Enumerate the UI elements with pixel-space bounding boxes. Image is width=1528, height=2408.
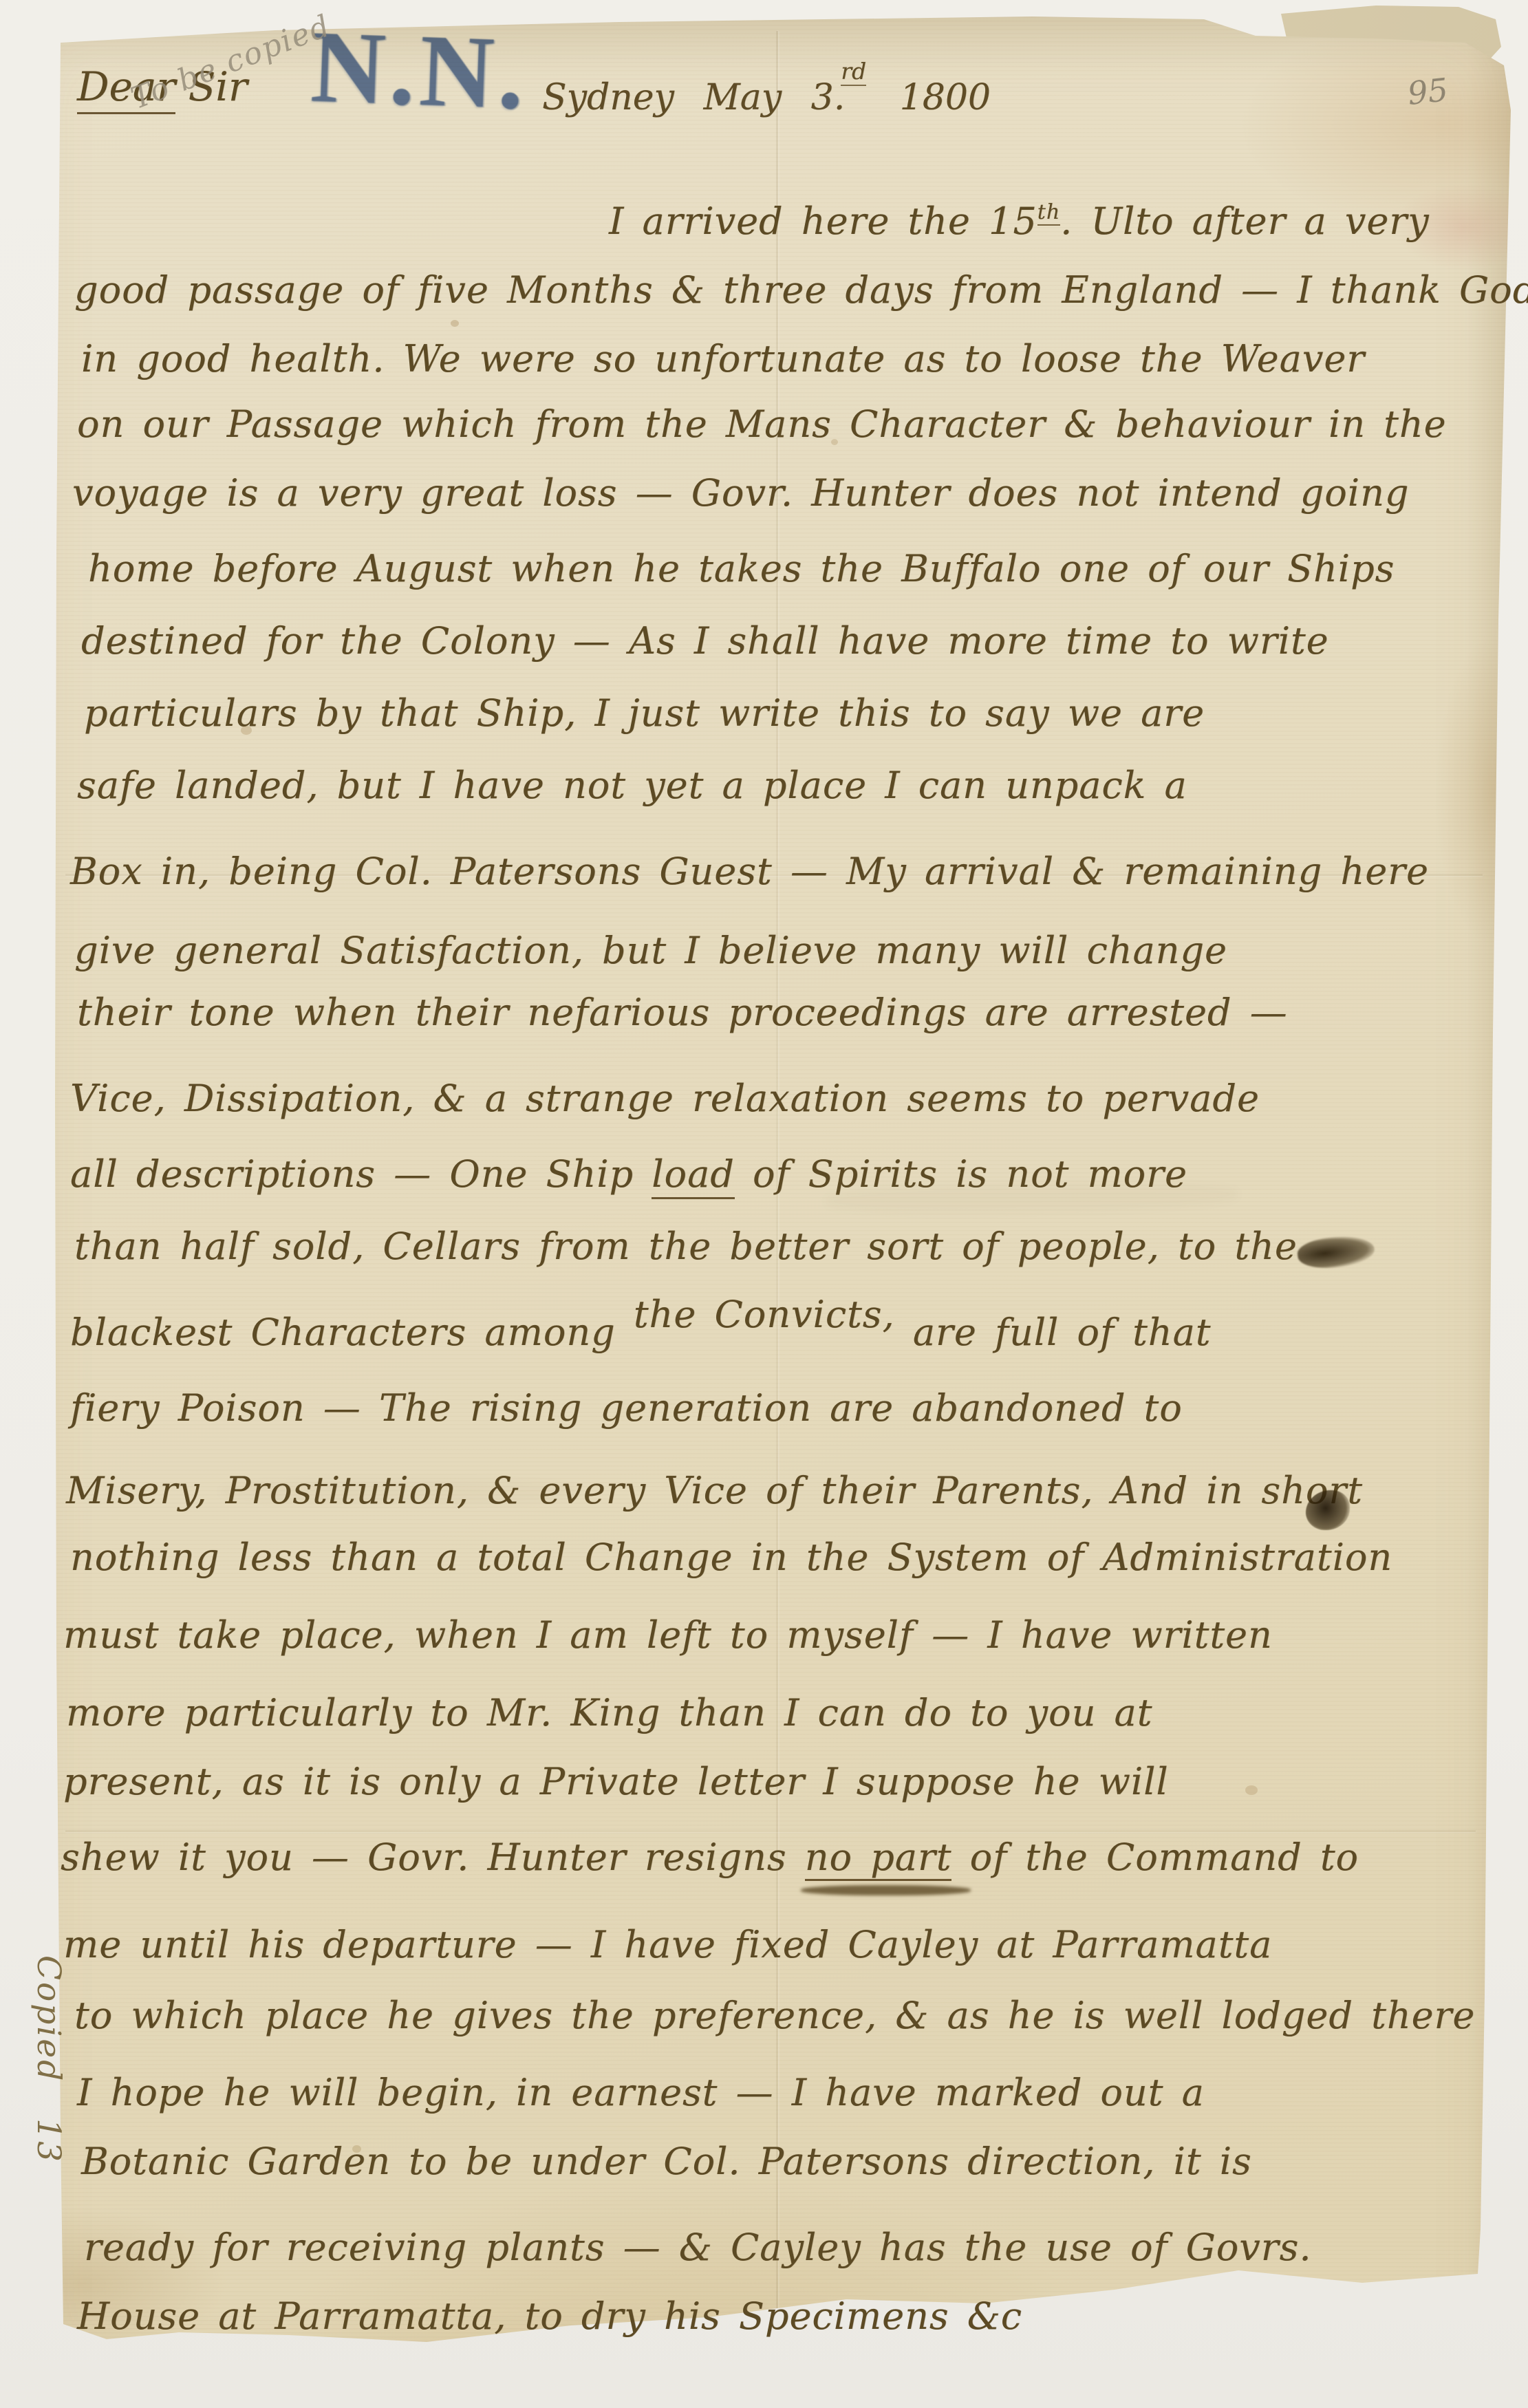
- scanned-letter-page: Dear Sir N.N. To be copied Sydney May 3.…: [0, 0, 1528, 2408]
- letter-line: shew it you — Govr. Hunter resigns no pa…: [61, 1836, 1359, 1879]
- letter-line: home before August when he takes the Buf…: [88, 547, 1395, 590]
- line-superscript: th: [1037, 200, 1060, 226]
- line-text: of Spirits is not more: [735, 1152, 1187, 1196]
- letter-line: more particularly to Mr. King than I can…: [66, 1691, 1152, 1734]
- dateline-day: May 3.: [703, 77, 845, 118]
- letter-line: in good health. We were so unfortunate a…: [81, 337, 1365, 380]
- line-text: of the Command to: [951, 1836, 1359, 1879]
- letter-line: must take place, when I am left to mysel…: [63, 1613, 1273, 1657]
- dateline-place: Sydney: [542, 77, 674, 118]
- letter-line: destined for the Colony — As I shall hav…: [81, 619, 1329, 663]
- underlined-word: load: [652, 1152, 735, 1199]
- letter-line: particulars by that Ship, I just write t…: [84, 691, 1205, 735]
- nn-ink-stamp: N.N.: [309, 8, 530, 133]
- letter-line: I hope he will begin, in earnest — I hav…: [77, 2071, 1205, 2114]
- letter-line: fiery Poison — The rising generation are…: [70, 1386, 1183, 1430]
- margin-note-copied: Copied 13: [30, 1955, 67, 2244]
- letter-line: Box in, being Col. Patersons Guest — My …: [70, 850, 1429, 893]
- letter-line: safe landed, but I have not yet a place …: [77, 764, 1187, 807]
- letter-line: good passage of five Months & three days…: [74, 268, 1528, 312]
- letter-line: me until his departure — I have fixed Ca…: [63, 1923, 1272, 1966]
- letter-line: Misery, Prostitution, & every Vice of th…: [66, 1469, 1363, 1512]
- letter-line: I arrived here the 15th. Ulto after a ve…: [609, 200, 1430, 243]
- inserted-words: the Convicts,: [634, 1293, 895, 1336]
- line-text: . Ulto after a very: [1060, 200, 1429, 243]
- line-text: are full of that: [895, 1311, 1212, 1354]
- letter-line: give general Satisfaction, but I believe…: [74, 929, 1227, 972]
- letter-line: blackest Characters among the Convicts, …: [70, 1311, 1211, 1354]
- letter-line: Vice, Dissipation, & a strange relaxatio…: [70, 1077, 1260, 1120]
- letter-line: their tone when their nefarious proceedi…: [77, 991, 1288, 1034]
- letter-line: nothing less than a total Change in the …: [70, 1536, 1392, 1579]
- letter-line: Botanic Garden to be under Col. Paterson…: [81, 2140, 1252, 2183]
- letter-line: voyage is a very great loss — Govr. Hunt…: [72, 471, 1409, 515]
- letter-line: on our Passage which from the Mans Chara…: [77, 402, 1447, 446]
- page-number: 95: [1406, 71, 1450, 112]
- line-text: all descriptions — One Ship: [70, 1152, 652, 1196]
- dateline: Sydney May 3.rd 1800: [542, 77, 991, 118]
- line-text: blackest Characters among: [70, 1311, 634, 1354]
- underlined-words: no part: [805, 1836, 952, 1881]
- letter-line: House at Parramatta, to dry his Specimen…: [77, 2294, 1022, 2338]
- letter-line: than half sold, Cellars from the better …: [74, 1225, 1298, 1268]
- line-text: I arrived here the 15: [609, 200, 1037, 243]
- letter-line: present, as it is only a Private letter …: [63, 1760, 1169, 1803]
- dateline-year: 1800: [900, 77, 991, 118]
- letter-line: ready for receiving plants — & Cayley ha…: [84, 2226, 1311, 2269]
- dateline-ordinal: rd: [841, 58, 866, 86]
- letter-line: all descriptions — One Ship load of Spir…: [70, 1152, 1187, 1196]
- fold-crease-horizontal: [65, 1830, 1476, 1832]
- line-text: shew it you — Govr. Hunter resigns: [61, 1836, 805, 1879]
- letter-line: to which place he gives the preference, …: [74, 1994, 1475, 2037]
